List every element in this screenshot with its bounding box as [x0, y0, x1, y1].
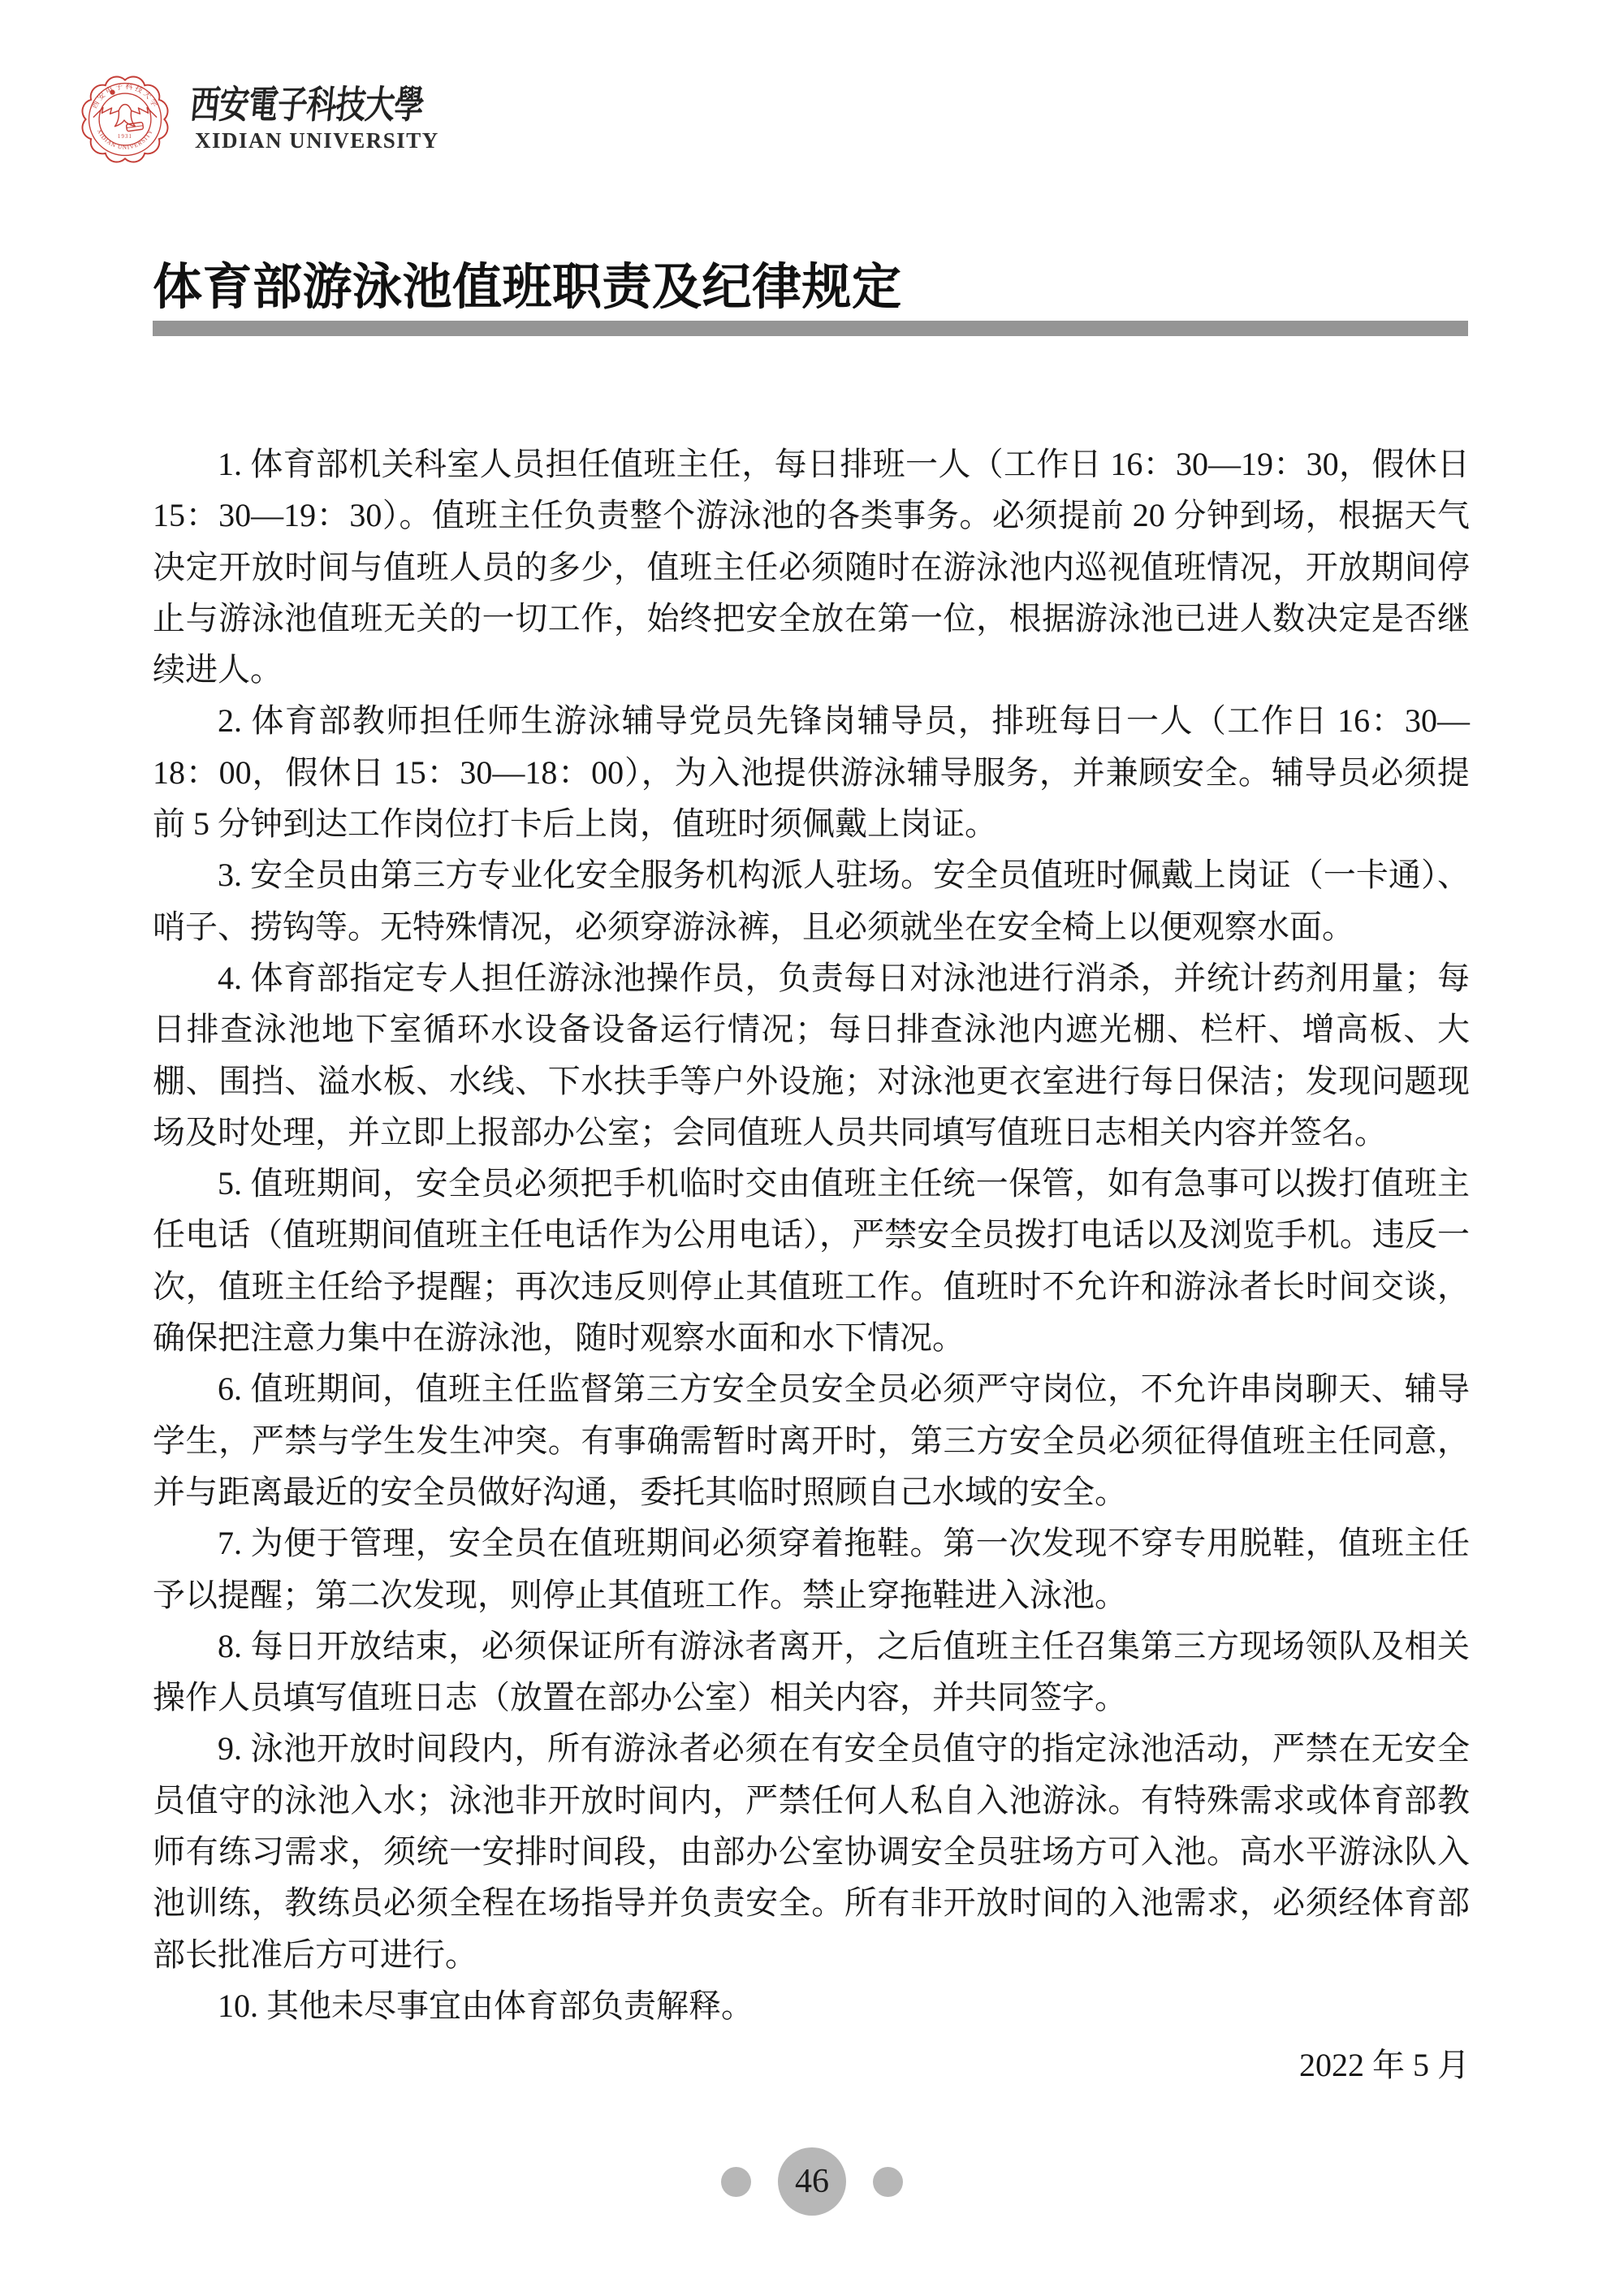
paragraph-9: 9. 泳池开放时间段内，所有游泳者必须在有安全员值守的指定泳池活动，严禁在无安全…: [153, 1723, 1470, 1979]
paragraph-7: 7. 为便于管理，安全员在值班期间必须穿着拖鞋。第一次发现不穿专用脱鞋，值班主任…: [153, 1517, 1470, 1621]
university-seal-icon: 西安电子科技大学 XIDIAN UNIVERSITY 1931: [78, 68, 172, 170]
title-divider-bar: [153, 321, 1468, 336]
university-logo: 西安电子科技大学 XIDIAN UNIVERSITY 1931 西安電子科技大學: [78, 68, 533, 174]
page-number: 46: [795, 2162, 829, 2201]
page-number-badge: 46: [778, 2147, 846, 2216]
paragraph-5: 5. 值班期间，安全员必须把手机临时交由值班主任统一保管，如有急事可以拨打值班主…: [153, 1158, 1470, 1363]
page-title: 体育部游泳池值班职责及纪律规定: [153, 261, 1470, 316]
seal-bird-icon: [93, 105, 156, 132]
paragraph-2: 2. 体育部教师担任师生游泳辅导党员先锋岗辅导员，排班每日一人（工作日 16：3…: [153, 695, 1470, 849]
university-name-calligraphy: 西安電子科技大學: [188, 75, 383, 129]
document-page: 西安电子科技大学 XIDIAN UNIVERSITY 1931 西安電子科技大學: [0, 0, 1624, 2296]
paragraph-6: 6. 值班期间，值班主任监督第三方安全员安全员必须严守岗位，不允许串岗聊天、辅导…: [153, 1363, 1470, 1517]
paragraph-10: 10. 其他未尽事宜由体育部负责解释。: [153, 1980, 1470, 2031]
footer-right-dot-icon: [873, 2167, 903, 2197]
paragraph-4: 4. 体育部指定专人担任游泳池操作员，负责每日对泳池进行消杀，并统计药剂用量；每…: [153, 952, 1470, 1158]
footer-left-dot-icon: [721, 2167, 751, 2197]
document-date: 2022 年 5 月: [153, 2039, 1470, 2091]
paragraph-3: 3. 安全员由第三方专业化安全服务机构派人驻场。安全员值班时佩戴上岗证（一卡通）…: [153, 849, 1470, 952]
paragraph-1: 1. 体育部机关科室人员担任值班主任，每日排班一人（工作日 16：30—19：3…: [153, 438, 1470, 695]
seal-dot-icon: [110, 90, 114, 95]
page-footer: 46: [0, 2145, 1624, 2218]
document-body: 1. 体育部机关科室人员担任值班主任，每日排班一人（工作日 16：30—19：3…: [153, 438, 1470, 2091]
university-name-english: XIDIAN UNIVERSITY: [195, 128, 520, 153]
seal-year: 1931: [118, 134, 132, 140]
paragraph-8: 8. 每日开放结束，必须保证所有游泳者离开，之后值班主任召集第三方现场领队及相关…: [153, 1621, 1470, 1724]
